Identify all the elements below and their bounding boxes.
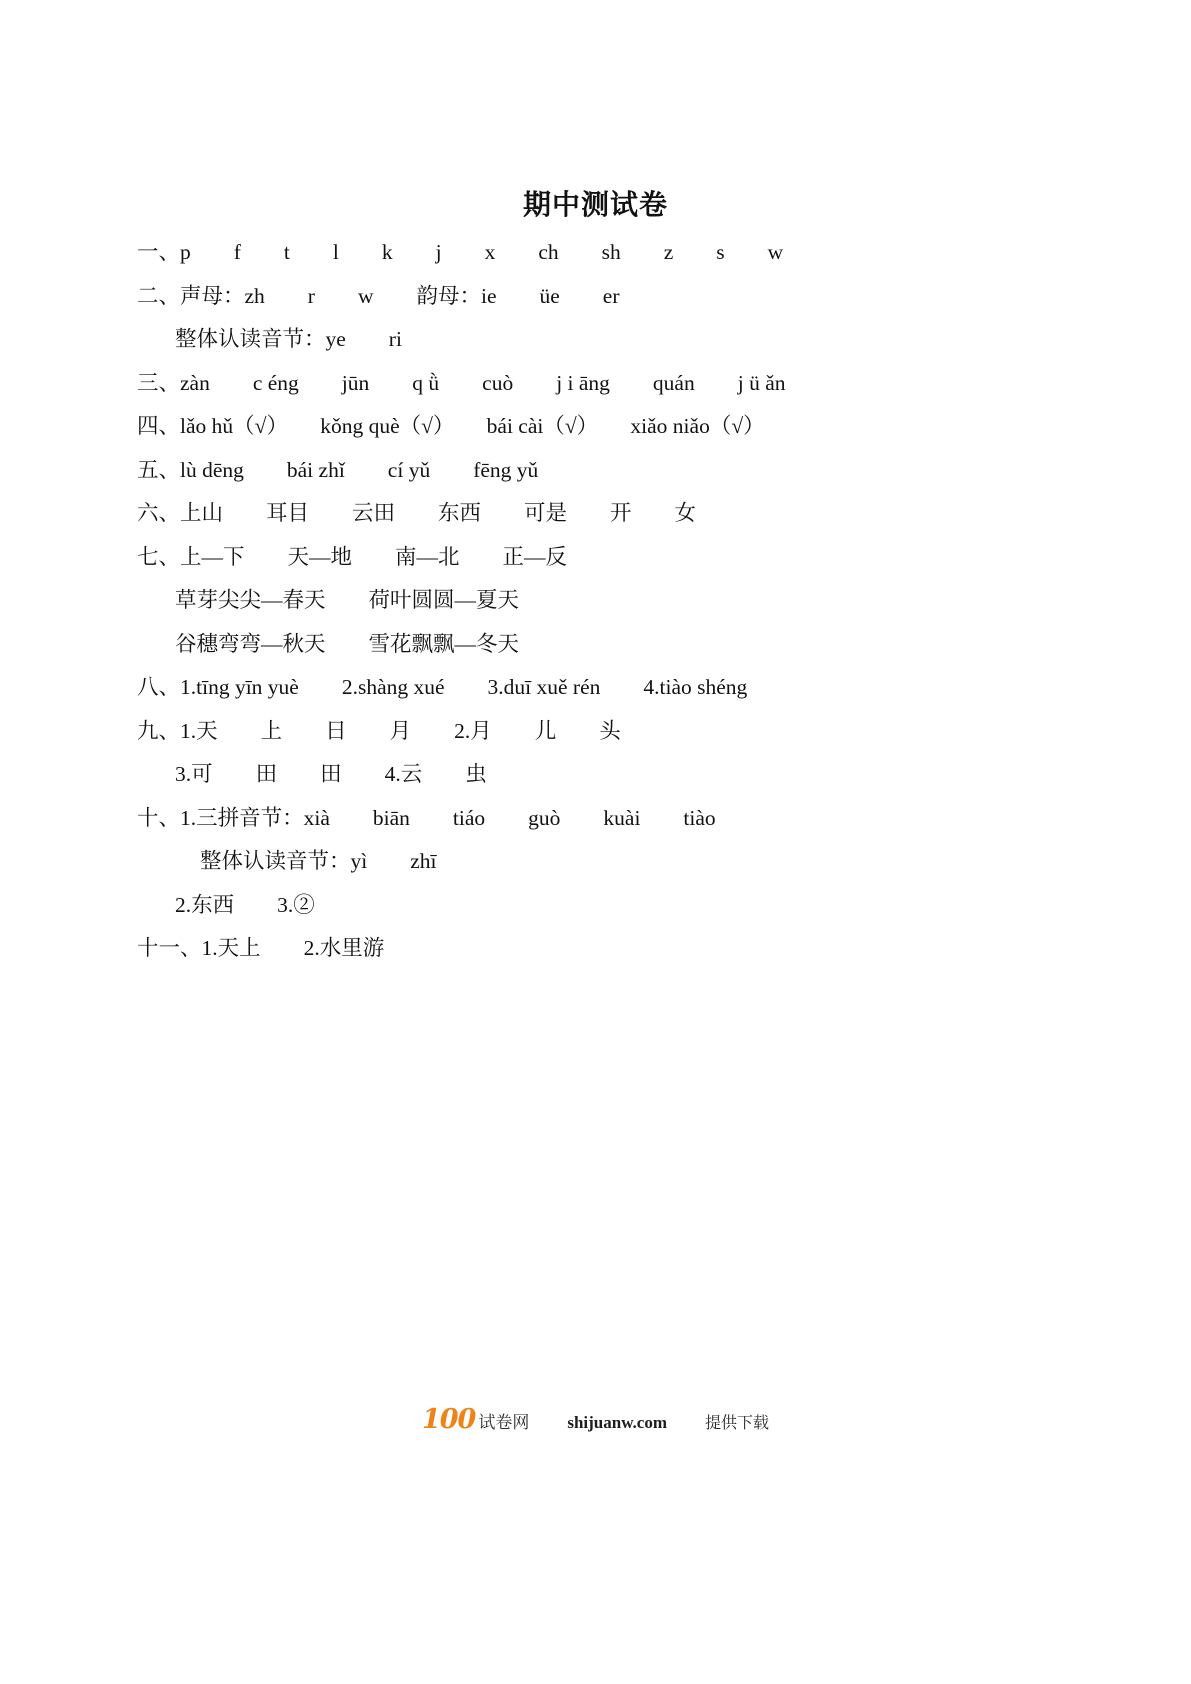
answer-line-3: 三、zàn c éng jūn q ǜ cuò j i āng quán j ü… [137, 362, 1137, 406]
download-note: 提供下载 [705, 1410, 769, 1433]
answer-line-4: 四、lǎo hǔ（√） kǒng què（√） bái cài（√） xiǎo … [137, 405, 1137, 449]
answer-line-10: 十、1.三拼音节：xià biān tiáo guò kuài tiào [137, 797, 1137, 841]
site-url: shijuanw.com [567, 1413, 667, 1433]
answer-sheet-page: 期中测试卷 一、p f t l k j x ch sh z s w 二、声母：z… [0, 0, 1191, 1684]
answer-line-11: 十一、1.天上 2.水里游 [137, 927, 1137, 971]
answer-line-7: 七、上—下 天—地 南—北 正—反 [137, 536, 1137, 580]
answer-line-10b: 整体认读音节：yì zhī [137, 840, 1137, 884]
answer-line-9b: 3.可 田 田 4.云 虫 [137, 753, 1137, 797]
site-logo: 100 试卷网 [422, 1404, 529, 1435]
answer-line-8: 八、1.tīng yīn yuè 2.shàng xué 3.duī xuě r… [137, 666, 1137, 710]
answer-line-2: 二、声母：zh r w 韵母：ie üe er [137, 275, 1137, 319]
answers-content: 一、p f t l k j x ch sh z s w 二、声母：zh r w … [137, 231, 1137, 971]
answer-line-10c: 2.东西 3.② [137, 884, 1137, 928]
site-footer: 100 试卷网 shijuanw.com 提供下载 [0, 1404, 1191, 1435]
answer-line-2b: 整体认读音节：ye ri [137, 318, 1137, 362]
site-logo-text: 试卷网 [478, 1408, 529, 1433]
answer-line-6: 六、上山 耳目 云田 东西 可是 开 女 [137, 492, 1137, 536]
answer-line-1: 一、p f t l k j x ch sh z s w [137, 231, 1137, 275]
answer-line-5: 五、lù dēng bái zhǐ cí yǔ fēng yǔ [137, 449, 1137, 493]
site-logo-number: 100 [422, 1404, 475, 1435]
page-title: 期中测试卷 [0, 183, 1191, 223]
answer-line-7c: 谷穗弯弯—秋天 雪花飘飘—冬天 [137, 623, 1137, 667]
answer-line-7b: 草芽尖尖—春天 荷叶圆圆—夏天 [137, 579, 1137, 623]
answer-line-9: 九、1.天 上 日 月 2.月 儿 头 [137, 710, 1137, 754]
